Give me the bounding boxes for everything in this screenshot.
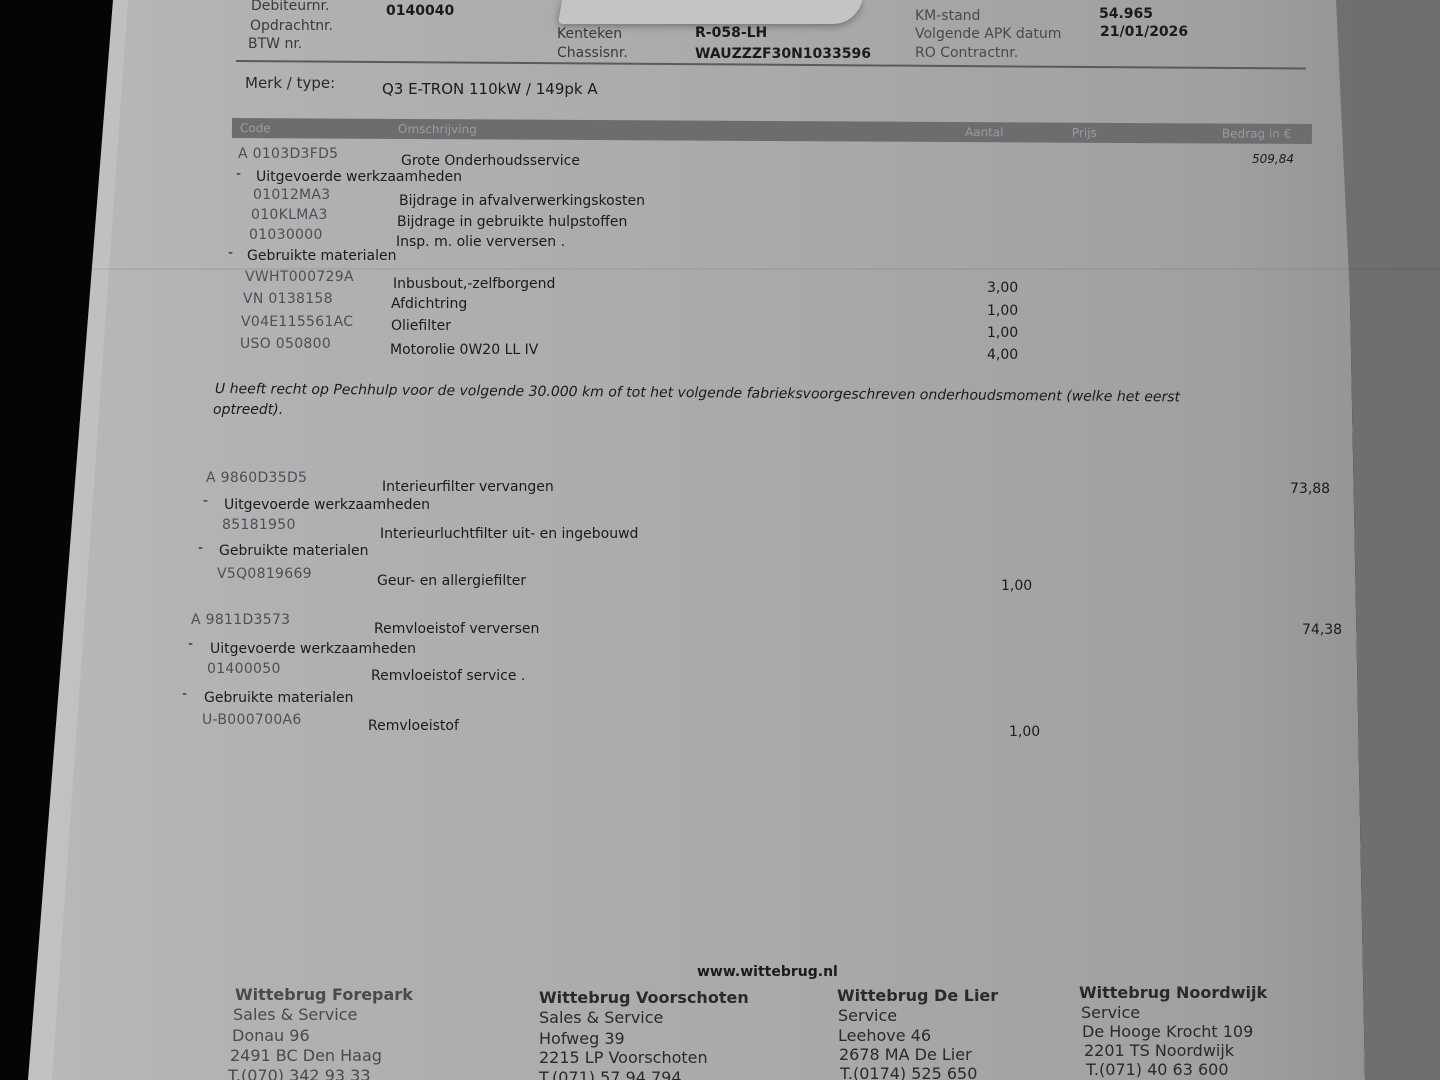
opdrachtnr-label: Opdrachtnr. [250,18,333,34]
location-type: Service [1081,1003,1140,1022]
material-code: VWHT000729A [245,269,354,285]
job-amount: 509,84 [1252,152,1294,166]
debiteurnr-label: Debiteurnr. [251,0,329,14]
material-description: Geur- en allergiefilter [377,573,526,589]
material-qty: 1,00 [1001,578,1032,594]
chassisnr-value: WAUZZZF30N1033596 [695,46,871,62]
paper-fold [0,268,1440,270]
ro-contract-label: RO Contractnr. [915,45,1018,61]
website: www.wittebrug.nl [697,964,838,980]
kenteken-label: Kenteken [557,26,622,42]
work-description: Interieurluchtfilter uit- en ingebouwd [380,526,638,542]
dash: - [198,540,203,556]
material-code: VN 0138158 [243,291,333,307]
merk-type-value: Q3 E-TRON 110kW / 149pk A [382,80,598,98]
work-code: 85181950 [222,517,296,533]
material-description: Inbusbout,-zelfborgend [393,276,555,292]
col-code: Code [240,121,271,135]
job-code: A 9860D35D5 [206,470,307,486]
work-description: Bijdrage in gebruikte hulpstoffen [397,214,627,230]
job-amount: 73,88 [1290,481,1330,497]
material-qty: 3,00 [987,280,1018,296]
merk-type-label: Merk / type: [245,74,335,92]
location-street: Leehove 46 [838,1026,931,1045]
job-description: Grote Onderhoudsservice [401,153,580,169]
km-stand-value: 54.965 [1099,6,1153,22]
location-phone: T.(071) 57 94 794 [539,1068,682,1080]
dash: - [228,245,233,261]
dash: - [182,686,187,702]
location-city: 2678 MA De Lier [839,1045,972,1064]
col-aantal: Aantal [965,125,1004,139]
dash: - [188,636,193,652]
material-qty: 1,00 [987,303,1018,319]
km-stand-label: KM-stand [915,8,980,24]
work-code: 01012MA3 [253,187,331,203]
location-street: Donau 96 [232,1026,310,1045]
location-name: Wittebrug De Lier [837,986,998,1005]
job-code: A 9811D3573 [191,612,290,628]
material-qty: 4,00 [987,347,1018,363]
material-qty: 1,00 [987,325,1018,341]
dash: - [236,166,241,182]
materials-heading: Gebruikte materialen [204,690,353,706]
chassisnr-label: Chassisnr. [557,45,628,61]
pechhulp-note-cont: optreedt). [213,402,283,418]
location-type: Sales & Service [233,1005,357,1024]
work-description: Bijdrage in afvalverwerkingskosten [399,193,645,209]
location-city: 2491 BC Den Haag [230,1046,382,1065]
job-description: Remvloeistof verversen [374,621,539,637]
location-name: Wittebrug Noordwijk [1079,983,1267,1002]
invoice-paper [0,0,1440,1080]
material-code: V5Q0819669 [217,566,312,582]
location-name: Wittebrug Forepark [235,985,413,1004]
col-prijs: Prijs [1072,126,1097,140]
apk-label: Volgende APK datum [915,26,1061,42]
material-description: Afdichtring [391,296,467,312]
btw-label: BTW nr. [248,36,302,52]
material-description: Remvloeistof [368,718,459,734]
location-phone: T.(0174) 525 650 [840,1064,977,1080]
work-description: Insp. m. olie verversen . [396,234,565,250]
location-city: 2201 TS Noordwijk [1084,1041,1234,1060]
material-code: V04E115561AC [241,314,353,330]
redaction-paper-scrap [558,0,862,24]
location-phone: T.(070) 342 93 33 [228,1066,371,1080]
col-bedrag: Bedrag in € [1222,127,1291,141]
job-code: A 0103D3FD5 [238,146,338,162]
work-heading: Uitgevoerde werkzaamheden [256,169,462,185]
materials-heading: Gebruikte materialen [219,543,368,559]
material-description: Motorolie 0W20 LL IV [390,342,538,358]
apk-value: 21/01/2026 [1100,24,1188,40]
location-street: De Hooge Krocht 109 [1082,1022,1253,1041]
location-type: Sales & Service [539,1008,663,1027]
dash: - [203,493,208,509]
location-phone: T.(071) 40 63 600 [1086,1060,1229,1079]
job-amount: 74,38 [1302,622,1342,638]
material-code: USO 050800 [240,336,331,352]
materials-heading: Gebruikte materialen [247,248,396,264]
material-code: U-B000700A6 [202,712,302,728]
work-code: 010KLMA3 [251,207,328,223]
material-description: Oliefilter [391,318,451,334]
debiteurnr-value: 0140040 [386,3,454,19]
job-description: Interieurfilter vervangen [382,479,554,495]
location-city: 2215 LP Voorschoten [539,1048,708,1067]
material-qty: 1,00 [1009,724,1040,740]
col-omschrijving: Omschrijving [398,122,477,136]
work-heading: Uitgevoerde werkzaamheden [224,497,430,513]
work-code: 01400050 [207,661,281,677]
work-heading: Uitgevoerde werkzaamheden [210,641,416,657]
location-street: Hofweg 39 [539,1029,625,1048]
work-description: Remvloeistof service . [371,668,525,684]
kenteken-value: R-058-LH [695,25,767,41]
location-type: Service [838,1006,897,1025]
location-name: Wittebrug Voorschoten [539,988,749,1007]
work-code: 01030000 [249,227,323,243]
